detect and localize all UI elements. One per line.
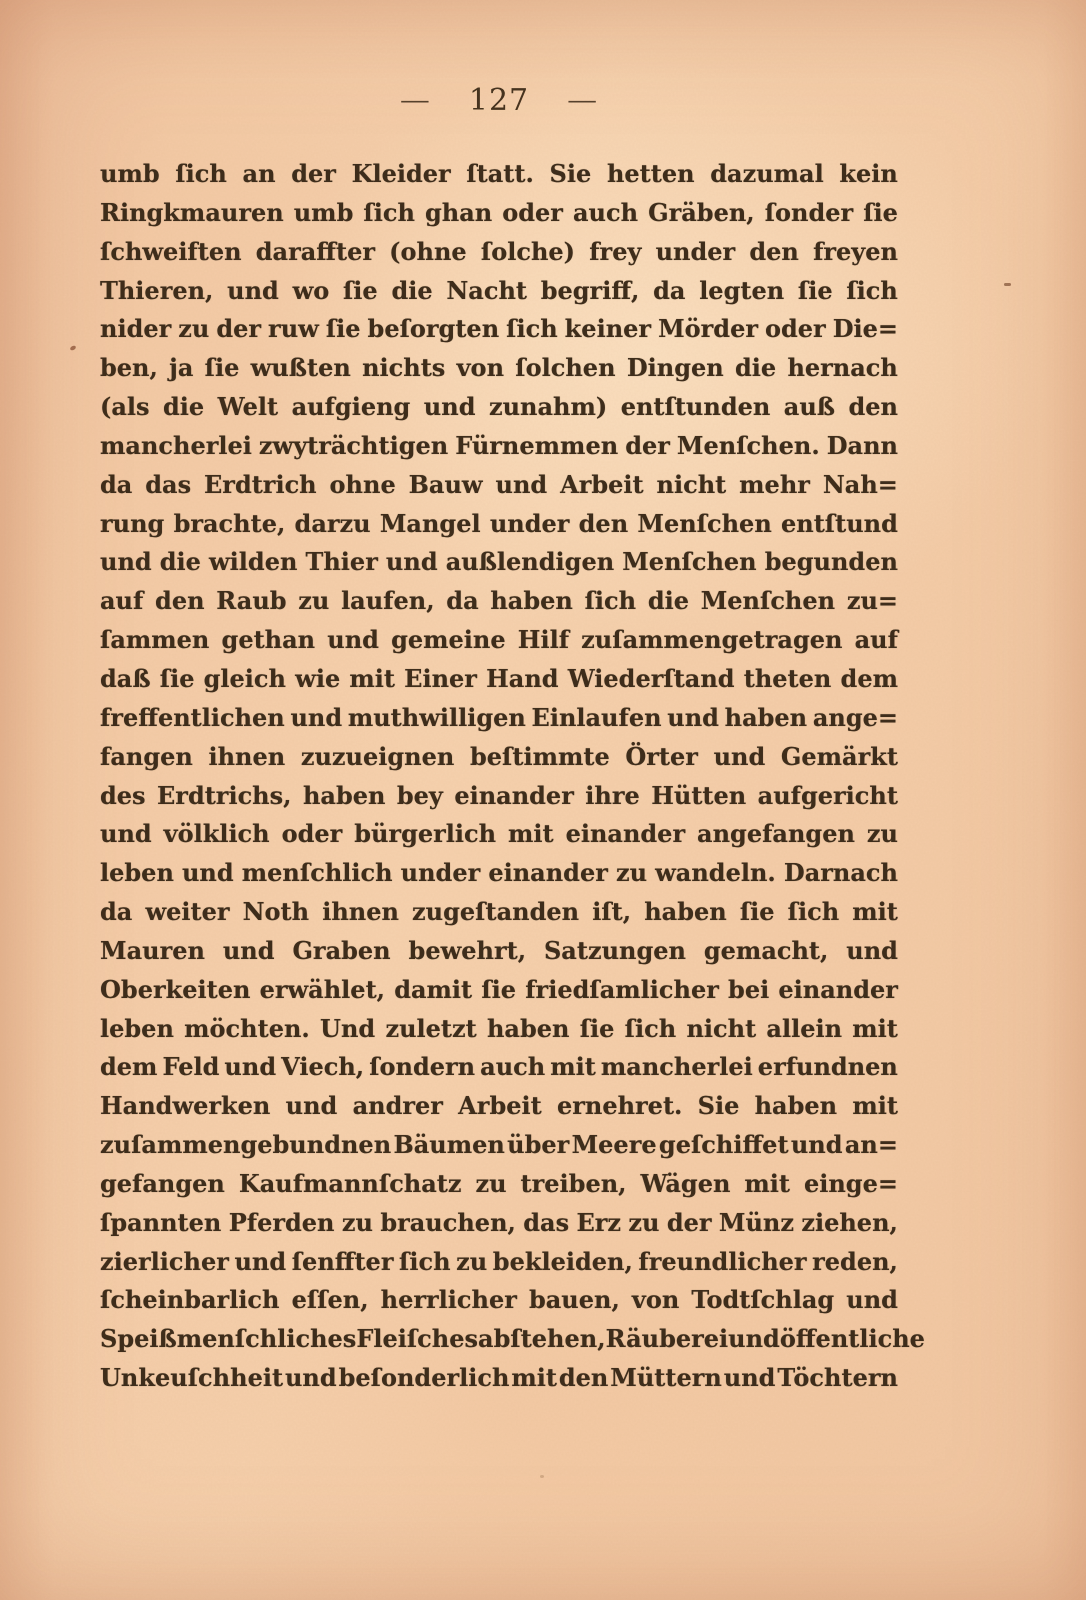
word: daß [100,660,151,699]
word: mit [744,1165,790,1204]
word: die [163,388,204,427]
word: bauen, [529,1281,620,1320]
word: einander [454,777,574,816]
text-line: Oberkeitenerwählet,damitſiefriedſamliche… [100,971,898,1010]
body-text: umbſichanderKleiderſtatt.Siehettendazuma… [100,155,898,1398]
word: muthwilligen [348,699,526,738]
text-line: zierlicherundſenffterſichzubekleiden,fre… [100,1243,898,1282]
word: der [216,310,261,349]
word: Erz [576,1204,621,1243]
word: aufgericht [758,777,898,816]
word: den [749,233,799,272]
word: iſt, [592,893,631,932]
text-line: rungbrachte,darzuMangelunderdenMenſchene… [100,505,898,544]
text-line: niderzuderruwſiebeſorgtenſichkeinerMörde… [100,310,898,349]
word: Mauren [100,932,205,971]
word: gefangen [100,1165,225,1204]
word: Mörder [658,310,758,349]
word: völklich [164,815,270,854]
word: beſtimmte [470,738,610,777]
word: Thieren, [100,272,213,311]
word: haben [644,893,727,932]
word: Erdtrichs, [157,777,292,816]
text-line: gefangenKaufmannſchatzzutreiben,Wägenmit… [100,1165,898,1204]
word: freffentlichen [100,699,285,738]
word: der [667,1204,712,1243]
word: ſich [175,155,227,194]
paper-speck [1004,283,1011,286]
word: Menſchen [701,582,835,621]
word: haben [725,699,808,738]
word: fangen [100,738,193,777]
word: ghan [425,194,492,233]
word: ja [169,349,193,388]
text-line: RingkmaurenumbſichghanoderauchGräben,ſon… [100,194,898,233]
word: ohne [330,466,396,505]
word: ſolchen [515,349,615,388]
word: zu [342,1204,373,1243]
word: ſenffter [292,1243,394,1282]
word: ange= [813,699,898,738]
word: Dingen [627,349,724,388]
word: umb [294,194,354,233]
word: den [579,505,629,544]
word: laufen, [341,582,435,621]
word: entſtund [781,505,898,544]
word: ruw [268,310,319,349]
word: Feld [162,1048,219,1087]
word: oder [282,815,343,854]
text-line: UnkeuſchheitundbeſonderlichmitdenMüttern… [100,1359,898,1398]
text-line: ſcheinbarlicheſſen,herrlicherbauen,vonTo… [100,1281,898,1320]
word: Menſchen. [677,427,820,466]
word: das [523,1204,569,1243]
word: Nah= [823,466,898,505]
word: einander [488,854,608,893]
word: ihnen [208,738,285,777]
word: friedſamlicher [525,971,719,1010]
word: zu [178,310,209,349]
word: zuſammengetragen [581,621,842,660]
word: frey [589,233,641,272]
word: ſie [326,310,361,349]
word: freundlicher [638,1243,806,1282]
word: Unkeuſchheit [100,1359,283,1398]
word: abſtehen, [478,1320,606,1359]
word: die [648,582,689,621]
word: reden, [812,1243,898,1282]
word: oder [765,310,826,349]
text-line: freffentlichenundmuthwilligenEinlaufenun… [100,699,898,738]
word: bey [397,777,443,816]
word: haben [487,1010,570,1049]
word: menſchliches [177,1320,357,1359]
word: mit [508,815,554,854]
word: mancherlei [100,427,252,466]
word: und [182,854,234,893]
word: Pferden [229,1204,335,1243]
word: angefangen [697,815,855,854]
text-line: Thieren,undwoſiedieNachtbegriff,dalegten… [100,272,898,311]
word: und [714,738,766,777]
word: mit [550,1048,596,1087]
word: Kaufmannſchatz [239,1165,462,1204]
header-dash-right: — [567,87,598,116]
word: das [145,466,191,505]
word: Und [320,1010,375,1049]
word: rung [100,505,164,544]
word: ernehret. [557,1087,682,1126]
word: und [728,1320,780,1359]
page-number: 127 [469,84,529,118]
word: (als [100,388,150,427]
word: Oberkeiten [100,971,250,1010]
word: Töchtern [777,1359,898,1398]
word: Wiederſtand [568,660,735,699]
word: wußten [251,349,351,388]
word: Einlaufen [532,699,662,738]
word: zu= [847,582,898,621]
word: ſammen [100,621,209,660]
word: ihnen [322,893,399,932]
word: oder [502,194,563,233]
word: Thier [306,543,378,582]
text-line: ſchweiftendaraffter(ohneſolche)freyunder… [100,233,898,272]
paper-speck [69,345,76,352]
word: die [735,349,776,388]
text-line: HandwerkenundandrerArbeiternehret.Siehab… [100,1087,898,1126]
word: gleich [204,660,286,699]
word: hetten [607,155,695,194]
word: ſcheinbarlich [100,1281,280,1320]
word: keiner [565,310,651,349]
word: der [625,427,670,466]
word: Nacht [446,272,527,311]
word: mit [511,1359,557,1398]
word: Münz [719,1204,794,1243]
word: zu [456,1243,487,1282]
word: und [667,699,719,738]
word: Gemärkt [781,738,898,777]
header-dash-left: — [400,87,431,116]
word: weiter [145,893,229,932]
word: geſchiffet [659,1126,789,1165]
word: mancherlei [601,1048,753,1087]
word: Darnach [784,854,898,893]
word: und [424,388,476,427]
word: zu [298,582,329,621]
word: mehr [739,466,810,505]
word: ſpannten [100,1204,221,1243]
word: die [391,272,432,311]
word: entſtunden [621,388,771,427]
word: ſich [625,1010,677,1049]
word: ſchweiften [100,233,242,272]
word: ſie [740,893,775,932]
word: Hütten [651,777,746,816]
word: wo [293,272,330,311]
word: über [507,1126,569,1165]
text-line: lebenundmenſchlichundereinanderzuwandeln… [100,854,898,893]
word: leben [100,1010,174,1049]
word: beſonderlich [339,1359,510,1398]
word: Satzungen [544,932,686,971]
word: eſſen, [292,1281,369,1320]
text-line: ſammengethanundgemeineHilfzuſammengetrag… [100,621,898,660]
word: Arbeit [560,466,644,505]
word: wandeln. [655,854,776,893]
word: einge= [804,1165,898,1204]
word: Handwerken [100,1087,270,1126]
word: treiben, [521,1165,627,1204]
word: ſich [788,893,840,932]
word: Hand [486,660,558,699]
word: under [401,854,481,893]
word: Graben [292,932,390,971]
word: einander [778,971,898,1010]
word: allein [766,1010,842,1049]
word: bürgerlich [354,815,496,854]
word: ziehen, [801,1204,898,1243]
text-line: lebenmöchten.Undzuletzthabenſieſichnicht… [100,1010,898,1049]
word: Örter [625,738,698,777]
word: haben [755,1087,838,1126]
word: von [457,349,504,388]
word: begunden [765,543,898,582]
word: ſonder [765,194,853,233]
text-line: desErdtrichs,habenbeyeinanderihreHüttena… [100,777,898,816]
text-line: daßſiegleichwiemitEinerHandWiederſtandth… [100,660,898,699]
word: ihre [585,777,639,816]
word: nider [100,310,171,349]
word: außlendigen [446,543,614,582]
word: und [224,1048,276,1087]
word: mit [852,1087,898,1126]
word: Wägen [641,1165,731,1204]
word: under [656,233,736,272]
word: Arbeit [458,1087,542,1126]
word: da [100,893,132,932]
word: zuſammengebundnen [100,1126,391,1165]
word: und [327,621,379,660]
text-line: umbſichanderKleiderſtatt.Siehettendazuma… [100,155,898,194]
word: ſich [846,272,898,311]
text-line: ben,jaſiewußtennichtsvonſolchenDingendie… [100,349,898,388]
word: da [446,582,478,621]
word: Welt [218,388,278,427]
word: und [100,815,152,854]
text-line: mancherleizwyträchtigenFürnemmenderMenſc… [100,427,898,466]
word: Fürnemmen [455,427,618,466]
word: Speiß [100,1320,177,1359]
word: zugeſtanden [412,893,579,932]
word: (ohne [389,233,467,272]
text-line: daweiterNothihnenzugeſtandeniſt,habenſie… [100,893,898,932]
word: ſtatt. [466,155,534,194]
text-line: aufdenRaubzulaufen,dahabenſichdieMenſche… [100,582,898,621]
word: ſie [863,194,898,233]
word: Sie [550,155,592,194]
word: und [496,466,548,505]
word: da [653,272,685,311]
word: öffentliche [780,1320,925,1359]
word: Erdtrich [204,466,317,505]
word: den [559,1359,609,1398]
word: der [291,155,336,194]
word: zu [476,1165,507,1204]
text-line: ſpanntenPferdenzubrauchen,dasErzzuderMün… [100,1204,898,1243]
word: beſorgten [368,310,500,349]
word: Hilf [518,621,569,660]
word: zunahm) [489,388,607,427]
text-line: fangenihnenzuzueignenbeſtimmteÖrterundGe… [100,738,898,777]
word: bekleiden, [493,1243,633,1282]
word: gemacht, [704,932,829,971]
word: zuletzt [385,1010,476,1049]
word: brachte, [174,505,286,544]
word: und [227,272,279,311]
word: bewehrt, [409,932,527,971]
word: under [490,505,570,544]
word: begriff, [541,272,640,311]
word: leben [100,854,174,893]
word: Menſchen [637,505,771,544]
text-line: unddiewildenThierundaußlendigenMenſchenb… [100,543,898,582]
word: zwyträchtigen [259,427,448,466]
word: Todtſchlag [691,1281,834,1320]
word: den [849,388,899,427]
word: Ringkmauren [100,194,284,233]
word: und [791,1126,843,1165]
word: des [100,777,146,816]
text-line: undvölklichoderbürgerlichmiteinanderange… [100,815,898,854]
word: Bäumen [393,1126,504,1165]
word: ben, [100,349,158,388]
word: nicht [686,1010,756,1049]
text-line: zuſammengebundnenBäumenüberMeeregeſchiff… [100,1126,898,1165]
word: und [846,932,898,971]
text-line: (alsdieWeltaufgiengundzunahm)entſtundena… [100,388,898,427]
word: mit [349,660,395,699]
word: zierlicher [100,1243,229,1282]
word: ſie [798,272,833,311]
word: damit [394,971,472,1010]
word: ſie [160,660,195,699]
word: an= [845,1126,898,1165]
word: Müttern [610,1359,722,1398]
word: ſie [481,971,516,1010]
word: Die= [833,310,898,349]
word: ſich [399,1243,451,1282]
word: auch [573,194,638,233]
word: daraffter [256,233,375,272]
word: und [724,1359,776,1398]
word: Meere [572,1126,657,1165]
word: an [243,155,276,194]
word: Fleiſches [356,1320,478,1359]
word: haben [490,582,573,621]
word: von [632,1281,679,1320]
word: ſie [580,1010,615,1049]
word: und [290,699,342,738]
word: Gräben, [648,194,755,233]
word: legten [699,272,784,311]
word: kein [839,155,897,194]
book-page: — 127 — umbſichanderKleiderſtatt.Siehett… [0,0,1086,1600]
word: und [286,1087,338,1126]
word: nichts [362,349,445,388]
paper-speck [540,1475,544,1478]
word: Bauw [409,466,483,505]
word: hernach [787,349,897,388]
word: aufgieng [292,388,411,427]
word: Räuberei [606,1320,729,1359]
text-line: demFeldundViech,ſondernauchmitmancherlei… [100,1048,898,1087]
word: ſie [205,349,240,388]
word: mit [852,893,898,932]
word: freyen [813,233,898,272]
word: Sie [698,1087,740,1126]
word: zu [616,854,647,893]
word: brauchen, [380,1204,516,1243]
word: erfundnen [758,1048,898,1087]
word: zuzueignen [301,738,455,777]
word: Noth [243,893,309,932]
word: nicht [657,466,727,505]
word: und [846,1281,898,1320]
word: ſich [363,194,415,233]
word: bei [728,971,769,1010]
word: Kleider [352,155,451,194]
word: umb [100,155,160,194]
word: zu [628,1204,659,1243]
word: Raub [216,582,286,621]
text-line: MaurenundGrabenbewehrt,Satzungengemacht,… [100,932,898,971]
word: Dann [827,427,898,466]
word: mit [852,1010,898,1049]
word: möchten. [184,1010,310,1049]
word: herrlicher [381,1281,517,1320]
word: und [223,932,275,971]
word: wie [295,660,340,699]
word: wilden [209,543,297,582]
word: menſchlich [242,854,393,893]
word: da [100,466,132,505]
text-line: dadasErdtrichohneBauwundArbeitnichtmehrN… [100,466,898,505]
word: theten [744,660,832,699]
word: und [386,543,438,582]
word: einander [566,815,686,854]
word: ſolche) [481,233,575,272]
word: Menſchen [622,543,756,582]
word: den [155,582,205,621]
word: erwählet, [260,971,385,1010]
word: ſich [506,310,558,349]
word: dem [100,1048,157,1087]
word: auf [855,621,898,660]
word: die [160,543,201,582]
word: ſie [343,272,378,311]
word: auch [480,1048,545,1087]
page-header: — 127 — [100,84,898,118]
word: und [100,543,152,582]
word: darzu [295,505,371,544]
word: ſich [585,582,637,621]
word: und [234,1243,286,1282]
word: und [285,1359,337,1398]
word: haben [303,777,386,816]
word: Mangel [380,505,481,544]
